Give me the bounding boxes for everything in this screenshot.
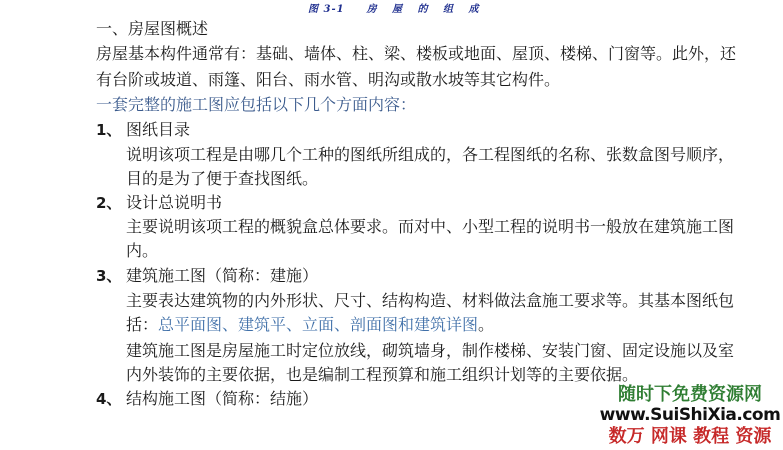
list-item-title: 结构施工图（简称：结施） [126, 389, 318, 408]
figure-caption: 图 3-1房 屋 的 组 成 [308, 0, 485, 15]
list-item-3-extra-1: 建筑施工图是房屋施工时定位放线，砌筑墙身，制作楼梯、安装门窗、固定设施以及室 [126, 340, 734, 362]
list-item-1-body-1: 说明该项工程是由哪几个工种的图纸所组成的，各工程图纸的名称、张数盒图号顺序， [126, 144, 734, 166]
list-item-3-body-1: 主要表达建筑物的内外形状、尺寸、结构构造、材料做法盒施工要求等。其基本图纸包 [126, 290, 734, 312]
section-heading: 一、房屋图概述 [96, 18, 208, 40]
intro-line-1: 房屋基本构件通常有：基础、墙体、柱、梁、楼板或地面、屋顶、楼梯、门窗等。此外，还 [96, 43, 736, 65]
drawing-list-suffix: 。 [478, 315, 494, 334]
list-item-title: 设计总说明书 [126, 193, 222, 212]
list-item-3-heading: 3、建筑施工图（简称：建施） [96, 265, 318, 287]
watermark: 随时下免费资源网 www.SuiShiXia.com 数万 网课 教程 资源 [597, 384, 783, 447]
drawing-list-prefix: 括： [126, 315, 158, 334]
watermark-tagline: 数万 网课 教程 资源 [597, 426, 783, 447]
list-item-2-heading: 2、设计总说明书 [96, 192, 222, 214]
drawing-list-links: 总平面图、建筑平、立面、剖面图和建筑详图 [158, 315, 478, 334]
list-item-3-drawing-list: 括：总平面图、建筑平、立面、剖面图和建筑详图。 [126, 314, 494, 336]
watermark-site-name: 随时下免费资源网 [597, 384, 783, 405]
list-item-title: 建筑施工图（简称：建施） [126, 266, 318, 285]
list-item-3-extra-2: 内外装饰的主要依据，也是编制工程预算和施工组织计划等的主要依据。 [126, 364, 638, 386]
list-item-number: 2、 [96, 192, 126, 214]
list-item-1-heading: 1、图纸目录 [96, 119, 190, 141]
list-item-number: 3、 [96, 265, 126, 287]
watermark-url: www.SuiShiXia.com [597, 405, 783, 426]
lead-text: 一套完整的施工图应包括以下几个方面内容： [96, 94, 416, 116]
list-item-2-body-2: 内。 [126, 240, 158, 262]
figure-title: 房 屋 的 组 成 [367, 4, 485, 15]
list-item-4-heading: 4、结构施工图（简称：结施） [96, 388, 318, 410]
list-item-number: 4、 [96, 388, 126, 410]
intro-line-2: 有台阶或坡道、雨篷、阳台、雨水管、明沟或散水坡等其它构件。 [96, 69, 560, 91]
list-item-number: 1、 [96, 119, 126, 141]
list-item-2-body-1: 主要说明该项工程的概貌盒总体要求。而对中、小型工程的说明书一般放在建筑施工图 [126, 216, 734, 238]
list-item-title: 图纸目录 [126, 120, 190, 139]
list-item-1-body-2: 目的是为了便于查找图纸。 [126, 168, 318, 190]
figure-number: 图 3-1 [308, 4, 345, 15]
